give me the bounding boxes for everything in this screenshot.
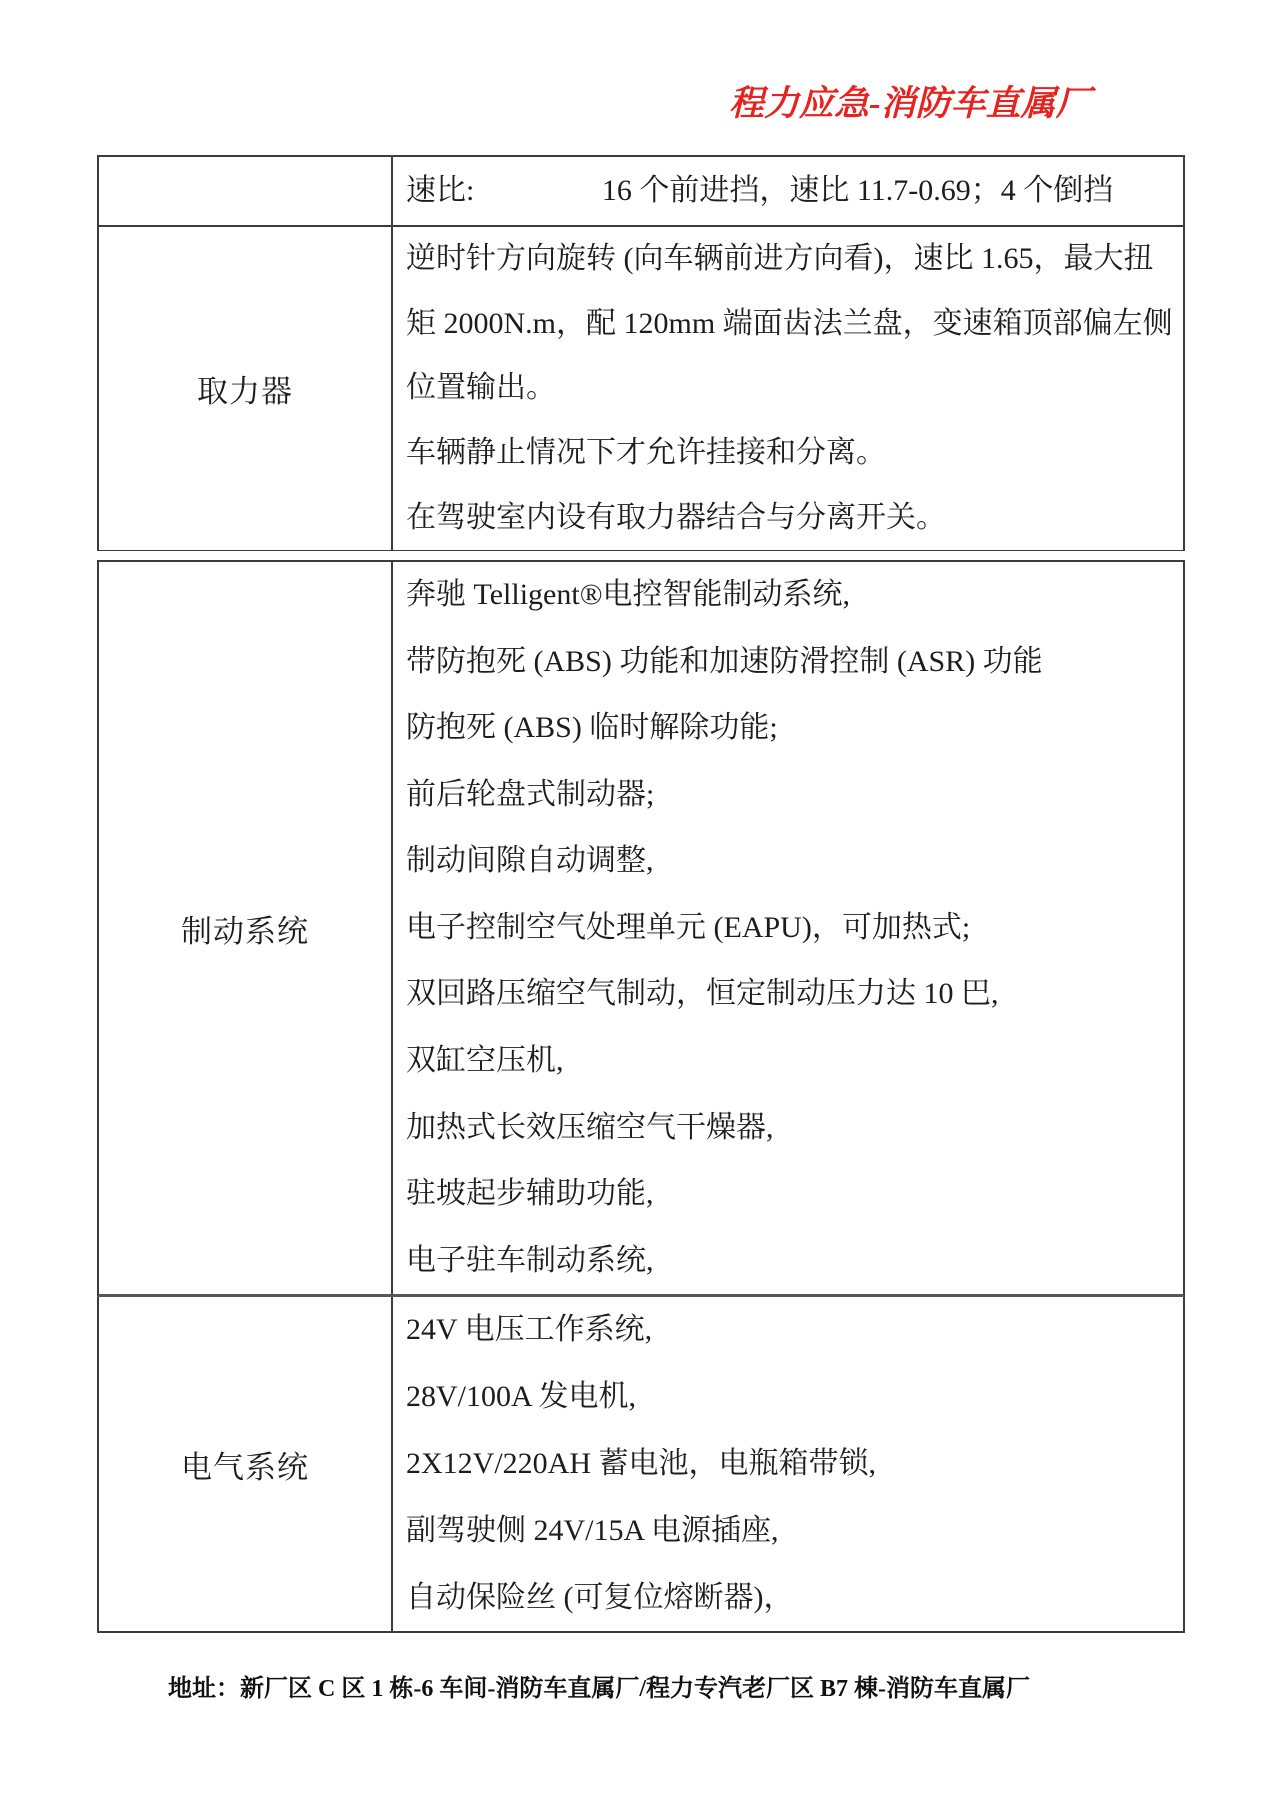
spec-line: 2X12V/220AH 蓄电池，电瓶箱带锁, — [406, 1444, 1175, 1484]
spec-table: 速比: 16 个前进挡，速比 11.7-0.69；4 个倒挡 取力器 逆时针方向… — [97, 155, 1185, 1633]
row-label-brake-system: 制动系统 — [99, 562, 393, 1294]
row-content-brake-system: 奔驰 Telligent®电控智能制动系统, 带防抱死 (ABS) 功能和加速防… — [393, 562, 1183, 1294]
table-row-brake-system: 制动系统 奔驰 Telligent®电控智能制动系统, 带防抱死 (ABS) 功… — [99, 562, 1183, 1294]
spec-line: 24V 电压工作系统, — [406, 1310, 1175, 1350]
row-label-pto: 取力器 — [99, 227, 393, 550]
document-page: 程力应急-消防车直属厂 速比: 16 个前进挡，速比 11.7-0.69；4 个… — [0, 0, 1280, 1810]
spec-line: 电子驻车制动系统, — [406, 1241, 1175, 1281]
spec-line: 防抱死 (ABS) 临时解除功能; — [406, 708, 1175, 748]
spec-table-block-1: 速比: 16 个前进挡，速比 11.7-0.69；4 个倒挡 取力器 逆时针方向… — [97, 155, 1185, 551]
spec-line: 逆时针方向旋转 (向车辆前进方向看)，速比 1.65，最大扭 — [406, 239, 1175, 279]
spec-line: 驻坡起步辅助功能, — [406, 1174, 1175, 1214]
row-content-gear-ratio: 速比: 16 个前进挡，速比 11.7-0.69；4 个倒挡 — [393, 157, 1183, 225]
spec-line: 奔驰 Telligent®电控智能制动系统, — [406, 575, 1175, 615]
spec-line: 制动间隙自动调整, — [406, 841, 1175, 881]
row-content-pto: 逆时针方向旋转 (向车辆前进方向看)，速比 1.65，最大扭 矩 2000N.m… — [393, 227, 1183, 550]
spec-table-block-3: 电气系统 24V 电压工作系统, 28V/100A 发电机, 2X12V/220… — [97, 1297, 1185, 1633]
address-footer: 地址：新厂区 C 区 1 栋-6 车间-消防车直属厂/程力专汽老厂区 B7 棟-… — [168, 1673, 1030, 1705]
spec-line: 28V/100A 发电机, — [406, 1377, 1175, 1417]
spec-line: 副驾驶侧 24V/15A 电源插座, — [406, 1511, 1175, 1551]
spec-line: 位置输出。 — [406, 368, 1175, 408]
table-row-gear-ratio: 速比: 16 个前进挡，速比 11.7-0.69；4 个倒挡 — [99, 157, 1183, 225]
spec-line: 速比: 16 个前进挡，速比 11.7-0.69；4 个倒挡 — [406, 171, 1175, 211]
row-label-electrical-system: 电气系统 — [99, 1297, 393, 1631]
spec-line: 矩 2000N.m，配 120mm 端面齿法兰盘，变速箱顶部偏左侧 — [406, 304, 1175, 344]
spec-table-block-2: 制动系统 奔驰 Telligent®电控智能制动系统, 带防抱死 (ABS) 功… — [97, 560, 1185, 1297]
spec-line: 前后轮盘式制动器; — [406, 775, 1175, 815]
spec-line: 双回路压缩空气制动，恒定制动压力达 10 巴, — [406, 974, 1175, 1014]
table-row-electrical-system: 电气系统 24V 电压工作系统, 28V/100A 发电机, 2X12V/220… — [99, 1297, 1183, 1631]
brand-header: 程力应急-消防车直属厂 — [729, 82, 1091, 126]
spec-line: 自动保险丝 (可复位熔断器)， — [406, 1578, 1175, 1618]
spec-line: 电子控制空气处理单元 (EAPU)，可加热式; — [406, 908, 1175, 948]
row-content-electrical-system: 24V 电压工作系统, 28V/100A 发电机, 2X12V/220AH 蓄电… — [393, 1297, 1183, 1631]
spec-line: 带防抱死 (ABS) 功能和加速防滑控制 (ASR) 功能 — [406, 642, 1175, 682]
table-row-pto: 取力器 逆时针方向旋转 (向车辆前进方向看)，速比 1.65，最大扭 矩 200… — [99, 225, 1183, 550]
spec-line: 车辆静止情况下才允许挂接和分离。 — [406, 433, 1175, 473]
spec-line: 加热式长效压缩空气干燥器, — [406, 1108, 1175, 1148]
spec-line: 双缸空压机, — [406, 1041, 1175, 1081]
row-label-empty — [99, 157, 393, 225]
spec-line: 在驾驶室内设有取力器结合与分离开关。 — [406, 498, 1175, 538]
